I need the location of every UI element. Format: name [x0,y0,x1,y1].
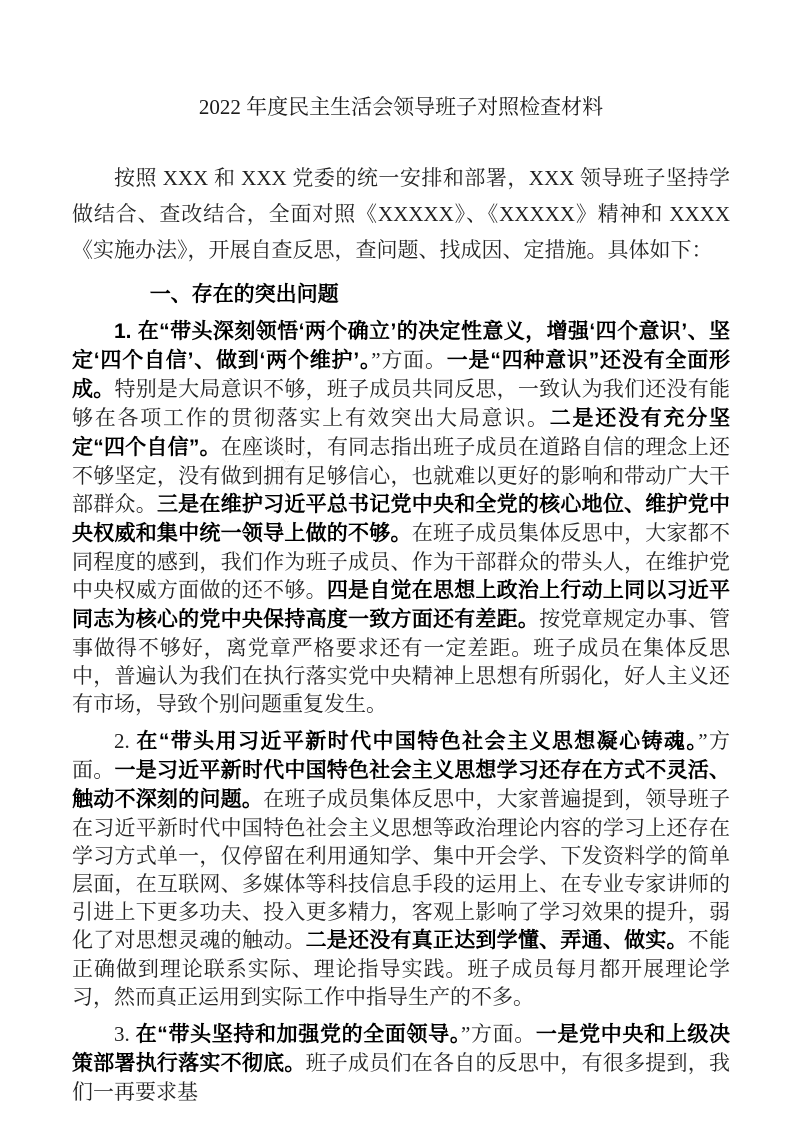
document-body: 按照 XXX 和 XXX 党委的统一安排和部署，XXX 领导班子坚持学做结合、查… [72,160,730,1106]
intro-paragraph: 按照 XXX 和 XXX 党委的统一安排和部署，XXX 领导班子坚持学做结合、查… [72,160,730,268]
text-run: ”方面。 [461,1022,536,1046]
section-1-heading: 一、存在的突出问题 [72,280,730,310]
bold-text-run: 在“带头坚持和加强党的全面领导。 [136,1023,461,1046]
bold-text-run: 一、存在的突出问题 [150,283,339,306]
text-run: 在班子成员集体反思中，大家普遍提到，领导班子在习近平新时代中国特色社会主义思想等… [72,787,730,952]
text-run: 3. [114,1022,136,1046]
text-run: 按照 XXX 和 XXX 党委的统一安排和部署，XXX 领导班子坚持学做结合、查… [72,166,730,262]
item-2-paragraph: 2. 在“带头用习近平新时代中国特色社会主义思想凝心铸魂。”方面。一是习近平新时… [72,727,730,1011]
item-1-paragraph: 1. 在“带头深刻领悟‘两个确立’的决定性意义，增强‘四个意识’、坚定‘四个自信… [72,317,730,718]
text-run: ”方面。 [371,348,446,372]
document-content: 2022 年度民主生活会领导班子对照检查材料 按照 XXX 和 XXX 党委的统… [72,92,730,1115]
text-run: 2. [114,729,136,753]
bold-text-run: 二是还没有真正达到学懂、弄通、做实。 [306,929,688,952]
bold-text-run: 在“带头用习近平新时代中国特色社会主义思想凝心铸魂。 [136,730,698,753]
item-3-paragraph: 3. 在“带头坚持和加强党的全面领导。”方面。一是党中央和上级决策部署执行落实不… [72,1020,730,1106]
document-page: 公众号字 2022 年度民主生活会领导班子对照检查材料 按照 XXX 和 XXX… [0,0,794,1124]
document-title: 2022 年度民主生活会领导班子对照检查材料 [72,92,730,122]
